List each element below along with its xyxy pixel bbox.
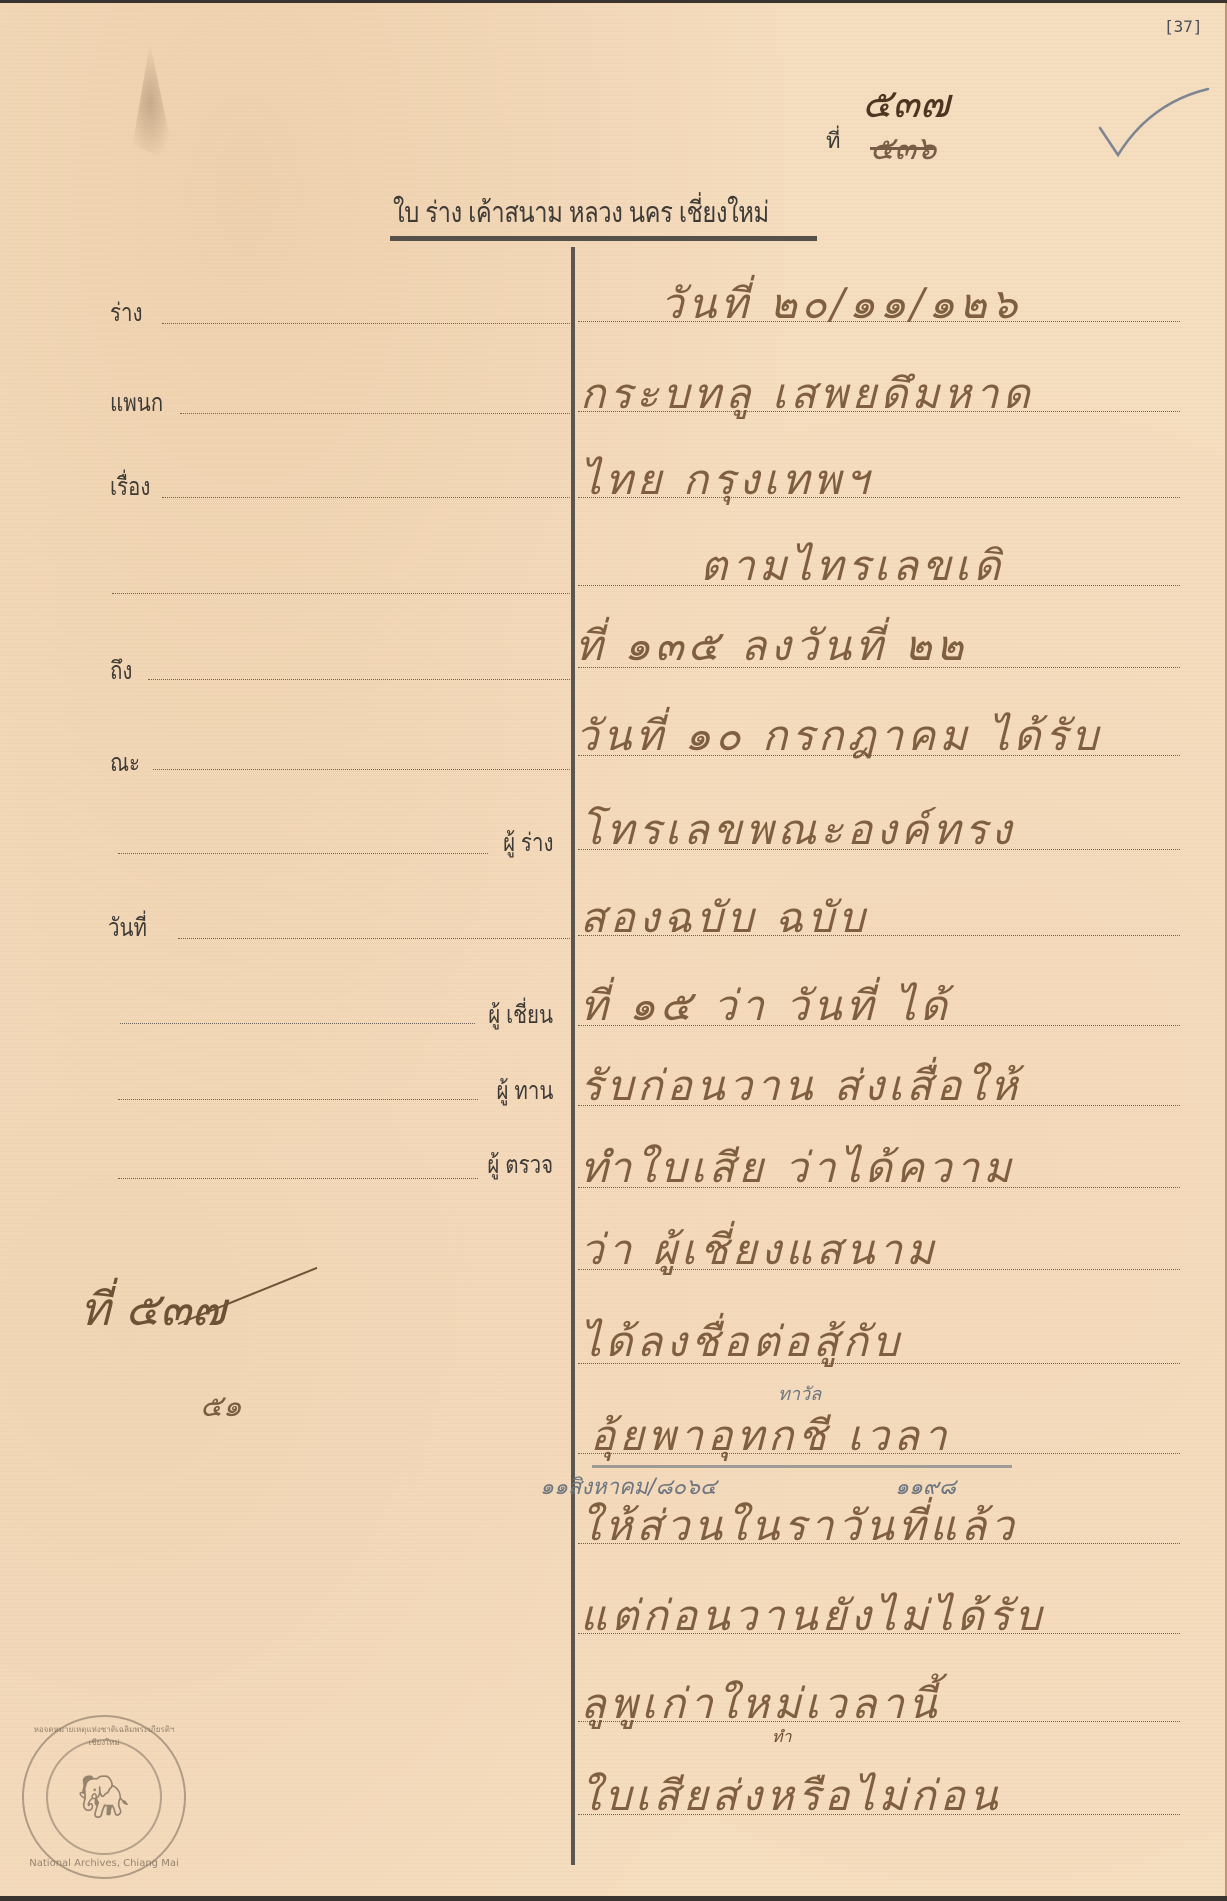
field-line-writer [120,1023,475,1024]
field-line-draft [162,323,570,324]
label-reviewer: ผู้ ทาน [496,1071,553,1111]
handwritten-line: แต่ก่อนวานยังไม่ได้รับ [580,1583,1045,1649]
field-line-blank [112,593,570,594]
label-draft: ร่าง [110,293,143,333]
title-underline [390,236,817,241]
handwritten-line: กระบทลู เสพยดึมหาด [580,361,1034,427]
archive-stamp: หอจดหมายเหตุแห่งชาติเฉลิมพระเกียรติฯ เชี… [22,1715,186,1879]
handwritten-line: ทำใบเสีย ว่าได้ความ [580,1135,1015,1201]
number-label: ที่ [826,123,841,158]
label-subject: เรื่อง [110,467,150,507]
field-line-drafter [118,853,488,854]
document-page: [37] ที่ ๕๓๗ ๕๓๖ ใบ ร่าง เค้าสนาม หลวง น… [0,3,1227,1896]
page-reference: [37] [1164,17,1203,36]
label-inspector: ผู้ ตรวจ [487,1145,553,1185]
label-at: ณะ [110,743,140,783]
handwritten-line: สองฉบับ ฉบับ [580,885,869,951]
label-department: แพนก [110,383,163,423]
label-to: ถึง [110,651,132,691]
handwritten-line: ที่ ๑๓๕ ลงวันที่ ๒๒ [575,613,968,679]
field-line-department [180,413,570,414]
pencil-strike [592,1465,1012,1468]
margin-note-sub: ๕๑ [200,1383,242,1430]
stamp-text-english: National Archives, Chiang Mai [24,1858,184,1869]
handwritten-line: ให้ส่วนในราวันที่แล้ว [580,1493,1018,1559]
handwritten-line: ได้ลงชื่อต่อสู้กับ [580,1309,903,1375]
handwritten-line: ลูพูเก่าใหม่เวลานี้ [580,1671,941,1737]
label-drafter: ผู้ ร่าง [503,823,553,863]
field-line-inspector [118,1178,478,1179]
label-date: วันที่ [108,908,147,948]
stamp-text-thai: หอจดหมายเหตุแห่งชาติเฉลิมพระเกียรติฯ เชี… [24,1723,184,1749]
handwritten-line: อุ้ยพาอุทกชี เวลา [590,1403,951,1469]
handwritten-line: รับก่อนวาน ส่งเสื่อให้ [580,1053,1021,1119]
field-line-date [178,938,570,939]
field-line-subject [162,497,570,498]
field-line-at [153,769,570,770]
handwritten-line: ตามไทรเลขเดิ [700,533,1004,599]
paper-stain [125,43,175,163]
form-title: ใบ ร่าง เค้าสนาม หลวง นคร เชี่ยงใหม่ [393,189,769,235]
handwritten-line: ที่ ๑๕ ว่า วันที่ ได้ [580,973,951,1039]
field-line-to [148,679,570,680]
handwritten-line: โทรเลขพณะองค์ทรง [580,797,1015,863]
ganesha-emblem-icon: 🐘︎ [46,1739,162,1855]
margin-note: ที่ ๕๓๗ [80,1273,226,1346]
margin-insert: ทำ [772,1725,792,1750]
handwritten-line: วันที่ ๒๐/๑๑/๑๒๖ [660,271,1021,337]
handwritten-line: ไทย กรุงเทพฯ [580,447,873,513]
checkmark-icon [1090,83,1210,163]
label-writer: ผู้ เชี่ยน [488,995,553,1035]
handwritten-line: วันที่ ๑๐ กรกฎาคม ได้รับ [575,703,1102,769]
field-line-reviewer [118,1099,478,1100]
handwritten-line: ใบเสียส่งหรือไม่ก่อน [580,1763,1002,1829]
document-number-crossed: ๕๓๖ [870,123,936,174]
column-divider [571,247,575,1865]
handwritten-line: ว่า ผู้เชี่ยงแสนาม [580,1217,938,1283]
